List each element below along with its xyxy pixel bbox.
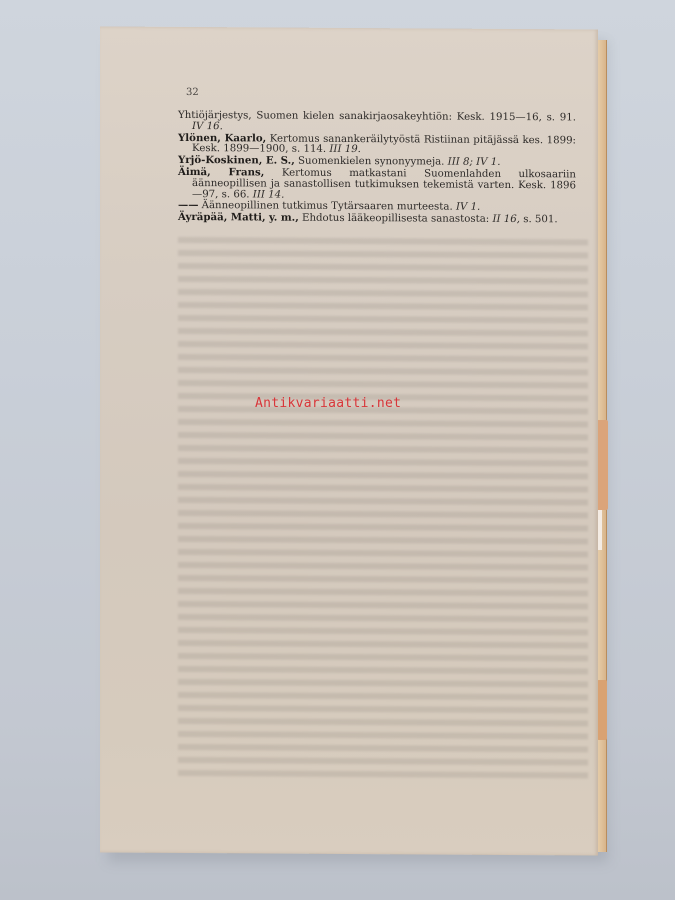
entry-reference: III 19.: [329, 144, 361, 155]
book-page: 32 Yhtiöjärjestys, Suomen kielen sanakir…: [100, 26, 598, 855]
entry-reference: III 14.: [253, 189, 285, 200]
bibliography-list: Yhtiöjärjestys, Suomen kielen sanakirjao…: [178, 111, 576, 226]
watermark: Antikvariaatti.net: [255, 396, 401, 411]
entry-reference: IV 1.: [456, 202, 480, 213]
entry-tail: s. 501.: [523, 214, 557, 225]
entry-author: Ylönen, Kaarlo,: [178, 132, 266, 145]
bibliography-entry: Äyräpää, Matti, y. m., Ehdotus lääkeopil…: [178, 212, 576, 226]
entry-text: Yhtiöjärjestys, Suomen kielen sanakirjao…: [178, 110, 576, 123]
entry-author: ——: [178, 199, 198, 211]
entry-author: Äimä, Frans,: [178, 166, 264, 179]
entry-author: Äyräpää, Matti, y. m.,: [178, 211, 299, 224]
entry-text: Suomenkielen synonyymeja.: [298, 156, 444, 168]
paper-tab: [597, 680, 607, 740]
entry-reference: III 8; IV 1.: [448, 157, 501, 168]
entry-reference: II 16,: [492, 214, 520, 225]
entry-author: Yrjö-Koskinen, E. S.,: [178, 154, 295, 167]
page-number: 32: [186, 87, 199, 98]
entry-reference: IV 16.: [192, 121, 223, 132]
bleed-through-text: [178, 237, 588, 780]
entry-text: Ehdotus lääkeopillisesta sanastosta:: [302, 213, 489, 225]
bibliography-entry: Äimä, Frans, Kertomus matkastani Suomenl…: [178, 167, 576, 203]
